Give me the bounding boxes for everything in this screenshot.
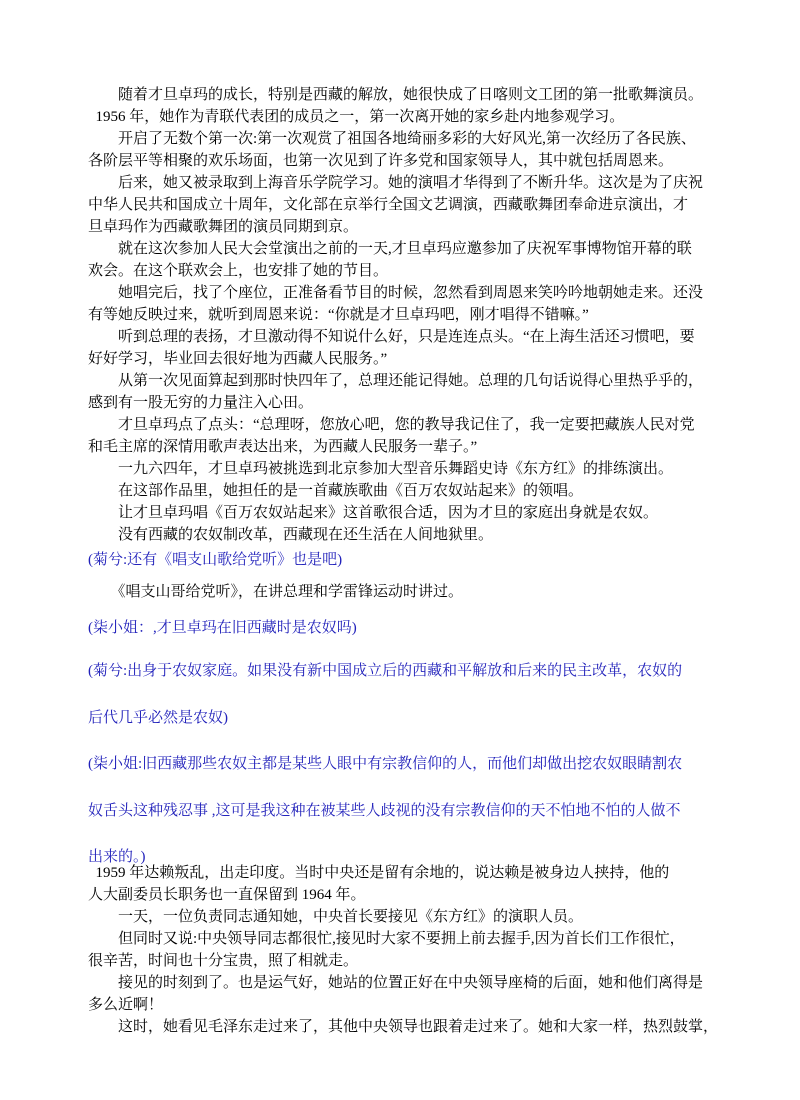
paragraph-18: 接见的时刻到了。也是运气好，她站的位置正好在中央领导座椅的后面，她和他们离得是 …: [88, 972, 724, 1016]
paragraph-12: 让才旦卓玛唱《百万农奴站起来》这首歌很合适，因为才旦的家庭出身就是农奴。: [88, 502, 724, 524]
paragraph-17: 但同时又说:中央领导同志都很忙,接见时大家不要拥上前去握手,因为首长们工作很忙，…: [88, 928, 724, 972]
paragraph-9: 才旦卓玛点了点头：“总理呀，您放心吧，您的教导我记住了，我一定要把藏族人民对党 …: [88, 414, 724, 458]
paragraph-3: 开启了无数个第一次:第一次观赏了祖国各地绮丽多彩的大好风光,第一次经历了各民族、…: [88, 128, 724, 172]
paragraph-16: 一天，一位负责同志通知她，中央首长要接见《东方红》的演职人员。: [88, 906, 724, 928]
paragraph-19: 这时，她看见毛泽东走过来了，其他中央领导也跟着走过来了。她和大家一样，热烈鼓掌，: [88, 1016, 724, 1038]
comment-paragraph-2: (柒小姐：,才旦卓玛在旧西藏时是农奴吗): [88, 617, 724, 639]
paragraph-15: 1959 年达赖叛乱，出走印度。当时中央还是留有余地的，说达赖是被身边人挟持，他…: [88, 862, 724, 906]
paragraph-11: 在这部作品里，她担任的是一首藏族歌曲《百万农奴站起来》的领唱。: [88, 480, 724, 502]
paragraph-8: 从第一次见面算起到那时快四年了，总理还能记得她。总理的几句话说得心里热乎乎的， …: [88, 370, 724, 414]
comment-paragraph-3: (菊兮:出身于农奴家庭。如果没有新中国成立后的西藏和平解放和后来的民主改革，农奴…: [88, 648, 724, 741]
paragraph-6: 她唱完后，找了个座位，正准备看节目的时候，忽然看到周恩来笑吟吟地朝她走来。还没 …: [88, 282, 724, 326]
paragraph-1: 随着才旦卓玛的成长，特别是西藏的解放，她很快成了日喀则文工团的第一批歌舞演员。: [88, 84, 724, 106]
document-page: 随着才旦卓玛的成长，特别是西藏的解放，她很快成了日喀则文工团的第一批歌舞演员。 …: [0, 0, 800, 1100]
paragraph-4: 后来，她又被录取到上海音乐学院学习。她的演唱才华得到了不断升华。这次是为了庆祝 …: [88, 172, 724, 238]
paragraph-14: 《唱支山哥给党听》，在讲总理和学雷锋运动时讲过。: [88, 581, 724, 603]
paragraph-7: 听到总理的表扬，才旦激动得不知说什么好，只是连连点头。“在上海生活还习惯吧，要 …: [88, 326, 724, 370]
paragraph-2: 1956 年，她作为青联代表团的成员之一，第一次离开她的家乡赴内地参观学习。: [88, 106, 724, 128]
paragraph-5: 就在这次参加人民大会堂演出之前的一天,才旦卓玛应邀参加了庆祝军事博物馆开幕的联 …: [88, 238, 724, 282]
paragraph-13: 没有西藏的农奴制改革，西藏现在还生活在人间地狱里。: [88, 524, 724, 546]
comment-paragraph-4: (柒小姐:旧西藏那些农奴主都是某些人眼中有宗教信仰的人，而他们却做出挖农奴眼睛割…: [88, 741, 724, 881]
paragraph-10: 一九六四年，才旦卓玛被挑选到北京参加大型音乐舞蹈史诗《东方红》的排练演出。: [88, 458, 724, 480]
comment-paragraph-1: (菊兮:还有《唱支山歌给党听》也是吧): [88, 549, 724, 571]
